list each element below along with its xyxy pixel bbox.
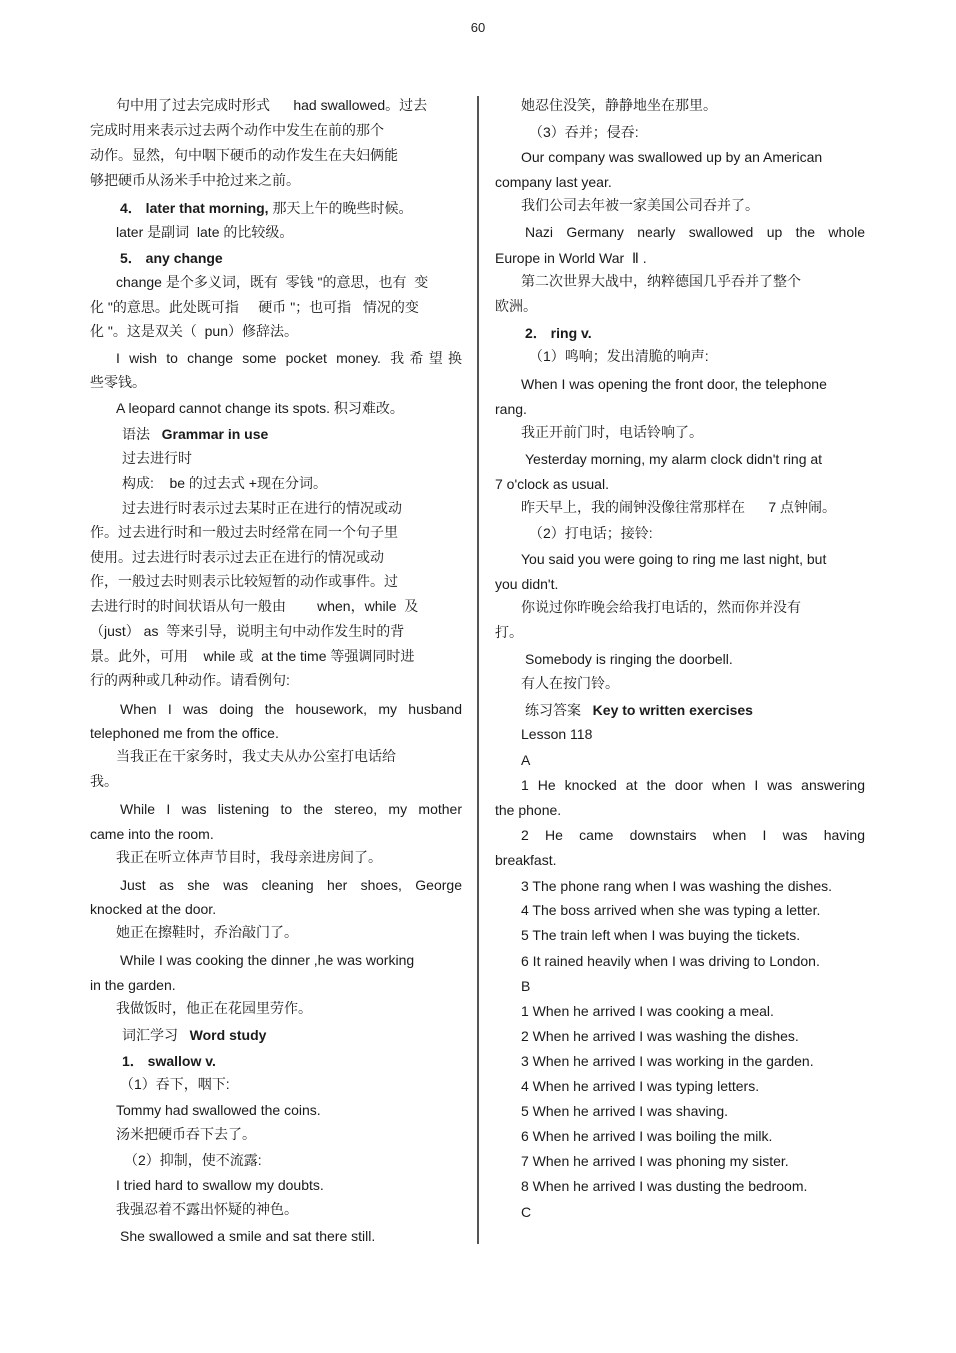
text-line: 当我正在干家务时，我丈夫从办公室打电话给 (116, 747, 396, 765)
text-line: later 是副词 late 的比较级。 (116, 223, 293, 241)
text-line: A leopard cannot change its spots. 积习难改。 (116, 399, 404, 417)
text-line: 我做饭时，他正在花园里劳作。 (116, 999, 312, 1017)
text-line: the phone. (495, 801, 561, 819)
text-line: 7 o'clock as usual. (495, 475, 609, 493)
text-line: 词汇学习 Word study (122, 1026, 266, 1044)
text-line: 4 When he arrived I was typing letters. (521, 1077, 759, 1095)
text-line: 她正在擦鞋时，乔治敲门了。 (116, 923, 298, 941)
text-line: 2． ring v. (525, 324, 592, 342)
column-divider (477, 96, 479, 1244)
text-line: 4 The boss arrived when she was typing a… (521, 901, 820, 919)
text-line: Just as she was cleaning her shoes, Geor… (120, 876, 462, 894)
text-line: Our company was swallowed up by an Ameri… (521, 148, 822, 166)
text-line: 2 When he arrived I was washing the dish… (521, 1027, 799, 1045)
page-number: 60 (0, 20, 956, 35)
text-line: 语法 Grammar in use (122, 425, 268, 443)
text-line: 些零钱。 (90, 373, 146, 391)
text-line: You said you were going to ring me last … (521, 550, 826, 568)
text-line: 5 When he arrived I was shaving. (521, 1102, 728, 1120)
text-line: 行的两种或几种动作。请看例句: (90, 671, 290, 689)
text-line: 我们公司去年被一家美国公司吞并了。 (521, 196, 759, 214)
text-line: 动作。显然，句中咽下硬币的动作发生在夫妇俩能 (90, 146, 398, 164)
text-line: C (521, 1203, 531, 1221)
text-line: 3 The phone rang when I was washing the … (521, 877, 832, 895)
text-line: 我正在听立体声节目时，我母亲进房间了。 (116, 848, 382, 866)
text-line: 完成时用来表示过去两个动作中发生在前的那个 (90, 121, 384, 139)
text-line: While I was listening to the stereo, my … (120, 800, 462, 818)
text-line: 有人在按门铃。 (521, 674, 619, 692)
text-line: 欧洲。 (495, 297, 537, 315)
text-line: Yesterday morning, my alarm clock didn't… (525, 450, 822, 468)
text-line: Somebody is ringing the doorbell. (525, 650, 733, 668)
text-line: knocked at the door. (90, 900, 216, 918)
text-line: （2）打电话；接铃: (529, 524, 653, 542)
text-line: 景。此外，可用 while 或 at the time 等强调同时进 (90, 647, 414, 665)
text-line: 第二次世界大战中，纳粹德国几乎吞并了整个 (521, 272, 801, 290)
text-line: 作，一般过去时则表示比较短暂的动作或事件。过 (90, 572, 398, 590)
text-line: When I was opening the front door, the t… (521, 375, 827, 393)
text-line: 去进行时的时间状语从句一般由 when，while 及 (90, 597, 418, 615)
text-line: A (521, 751, 530, 769)
text-line: 过去进行时表示过去某时正在进行的情况或动 (122, 499, 402, 517)
heading-english: Grammar in use (162, 426, 269, 442)
text-line: While I was cooking the dinner ,he was w… (120, 951, 414, 969)
text-line: （3）吞并；侵吞: (529, 123, 639, 141)
text-line: 1 When he arrived I was cooking a meal. (521, 1002, 774, 1020)
text-line: Nazi Germany nearly swallowed up the who… (525, 223, 865, 241)
text-line: 我正开前门时，电话铃响了。 (521, 423, 703, 441)
text-line: 5． any change (120, 249, 223, 267)
text-line: 7 When he arrived I was phoning my siste… (521, 1152, 789, 1170)
text-line: 句中用了过去完成时形式 had swallowed。过去 (116, 96, 427, 114)
heading-english: 4． later that morning, (120, 200, 269, 216)
text-line: （just） as 等来引导，说明主句中动作发生时的背 (90, 622, 404, 640)
text-line: Lesson 118 (521, 725, 592, 743)
text-line: When I was doing the housework, my husba… (120, 700, 462, 718)
text-line: 汤米把硬币吞下去了。 (116, 1125, 256, 1143)
text-line: 3 When he arrived I was working in the g… (521, 1052, 814, 1070)
text-line: 4． later that morning, 那天上午的晚些时候。 (120, 199, 412, 217)
text-line: 我。 (90, 772, 118, 790)
text-line: （1）吞下，咽下: (120, 1075, 230, 1093)
text-line: came into the room. (90, 825, 214, 843)
text-line: 打。 (495, 623, 523, 641)
text-line: I tried hard to swallow my doubts. (116, 1176, 324, 1194)
text-line: （2）抑制，使不流露: (124, 1151, 262, 1169)
text-line: 化 "的意思。此处既可指 硬币 "；也可指 情况的变 (90, 298, 419, 316)
text-line: 1 He knocked at the door when I was answ… (521, 776, 865, 794)
heading-english: Key to written exercises (593, 702, 753, 718)
text-line: 5 The train left when I was buying the t… (521, 926, 800, 944)
text-line: 练习答案 Key to written exercises (525, 701, 753, 719)
text-line: 构成: be 的过去式 +现在分词。 (122, 474, 327, 492)
text-line: 6 When he arrived I was boiling the milk… (521, 1127, 772, 1145)
text-line: company last year. (495, 173, 612, 191)
text-line: 6 It rained heavily when I was driving t… (521, 952, 820, 970)
text-line: 昨天早上，我的闹钟没像往常那样在 7 点钟闹。 (521, 498, 836, 516)
text-line: 2 He came downstairs when I was having (521, 826, 865, 844)
text-line: 化 "。这是双关（ pun）修辞法。 (90, 322, 298, 340)
text-line: 过去进行时 (122, 449, 192, 467)
heading-english: Word study (190, 1027, 267, 1043)
text-line: you didn't. (495, 575, 558, 593)
text-line: 1． swallow v. (122, 1052, 216, 1070)
text-line: rang. (495, 400, 527, 418)
text-line: 你说过你昨晚会给我打电话的，然而你并没有 (521, 598, 801, 616)
text-line: 够把硬币从汤米手中抢过来之前。 (90, 171, 300, 189)
text-line: Tommy had swallowed the coins. (116, 1101, 321, 1119)
text-line: Europe in World War Ⅱ . (495, 249, 647, 267)
text-line: change 是个多义词，既有 零钱 "的意思，也有 变 (116, 273, 428, 291)
text-line: telephoned me from the office. (90, 724, 279, 742)
text-line: 作。过去进行时和一般过去时经常在同一个句子里 (90, 523, 398, 541)
text-line: （1）鸣响；发出清脆的响声: (529, 347, 709, 365)
text-line: 8 When he arrived I was dusting the bedr… (521, 1177, 807, 1195)
text-line: B (521, 977, 530, 995)
text-line: breakfast. (495, 851, 556, 869)
text-line: in the garden. (90, 976, 176, 994)
text-line: I wish to change some pocket money. 我希望换 (116, 349, 462, 367)
text-line: 她忍住没笑，静静地坐在那里。 (521, 96, 717, 114)
text-line: She swallowed a smile and sat there stil… (120, 1227, 375, 1245)
text-line: 使用。过去进行时表示过去正在进行的情况或动 (90, 548, 384, 566)
text-line: 我强忍着不露出怀疑的神色。 (116, 1200, 298, 1218)
